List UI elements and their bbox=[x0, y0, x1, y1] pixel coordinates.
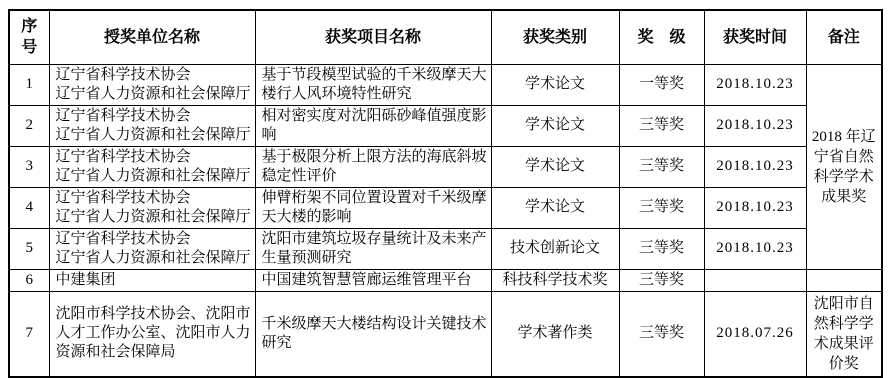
level-cell: 一等奖 bbox=[619, 64, 704, 105]
row-number-cell: 1 bbox=[9, 64, 49, 105]
level-cell: 三等奖 bbox=[619, 146, 704, 187]
row-number-cell: 6 bbox=[9, 269, 49, 291]
table-row: 3 辽宁省科学技术协会 辽宁省人力资源和社会保障厅 基于极限分析上限方法的海底斜… bbox=[9, 146, 882, 187]
project-cell: 相对密实度对沈阳砾砂峰值强度影响 bbox=[255, 105, 491, 146]
date-cell: 2018.10.23 bbox=[704, 146, 806, 187]
awards-table: 序号 授奖单位名称 获奖项目名称 获奖类别 奖 级 获奖时间 备注 1 辽宁省科… bbox=[8, 9, 883, 378]
unit-cell: 辽宁省科学技术协会 辽宁省人力资源和社会保障厅 bbox=[49, 105, 255, 146]
category-cell: 科技科学技术奖 bbox=[491, 269, 619, 291]
project-cell: 基于极限分析上限方法的海底斜坡稳定性评价 bbox=[255, 146, 491, 187]
row-number-cell: 2 bbox=[9, 105, 49, 146]
date-cell bbox=[704, 269, 806, 291]
table-row: 2 辽宁省科学技术协会 辽宁省人力资源和社会保障厅 相对密实度对沈阳砾砂峰值强度… bbox=[9, 105, 882, 146]
date-cell: 2018.10.23 bbox=[704, 64, 806, 105]
header-level: 奖 级 bbox=[619, 10, 704, 64]
table-row: 5 辽宁省科学技术协会 辽宁省人力资源和社会保障厅 沈阳市建筑垃圾存量统计及未来… bbox=[9, 228, 882, 269]
date-cell: 2018.10.23 bbox=[704, 228, 806, 269]
row-number-cell: 5 bbox=[9, 228, 49, 269]
table-row: 4 辽宁省科学技术协会 辽宁省人力资源和社会保障厅 伸臂桁架不同位置设置对千米级… bbox=[9, 187, 882, 228]
header-row: 序号 授奖单位名称 获奖项目名称 获奖类别 奖 级 获奖时间 备注 bbox=[9, 10, 882, 64]
unit-cell: 辽宁省科学技术协会 辽宁省人力资源和社会保障厅 bbox=[49, 187, 255, 228]
category-cell: 学术论文 bbox=[491, 146, 619, 187]
project-cell: 中国建筑智慧管廊运维管理平台 bbox=[255, 269, 491, 291]
page: 序号 授奖单位名称 获奖项目名称 获奖类别 奖 级 获奖时间 备注 1 辽宁省科… bbox=[0, 0, 889, 364]
project-cell: 伸臂桁架不同位置设置对千米级摩天大楼的影响 bbox=[255, 187, 491, 228]
category-cell: 学术论文 bbox=[491, 64, 619, 105]
header-no: 序号 bbox=[9, 10, 49, 64]
level-cell: 三等奖 bbox=[619, 269, 704, 291]
unit-cell: 中建集团 bbox=[49, 269, 255, 291]
table-row: 1 辽宁省科学技术协会 辽宁省人力资源和社会保障厅 基于节段模型试验的千米级摩天… bbox=[9, 64, 882, 105]
date-cell: 2018.10.23 bbox=[704, 105, 806, 146]
project-cell: 基于节段模型试验的千米级摩天大楼行人风环境特性研究 bbox=[255, 64, 491, 105]
row-number-cell: 4 bbox=[9, 187, 49, 228]
header-unit: 授奖单位名称 bbox=[49, 10, 255, 64]
header-note: 备注 bbox=[806, 10, 882, 64]
merged-note-cell: 2018 年辽宁省自然科学学术成果奖 bbox=[806, 64, 882, 269]
date-cell: 2018.10.23 bbox=[704, 187, 806, 228]
row-number-cell: 3 bbox=[9, 146, 49, 187]
level-cell: 三等奖 bbox=[619, 105, 704, 146]
note-cell bbox=[806, 269, 882, 291]
unit-cell: 辽宁省科学技术协会 辽宁省人力资源和社会保障厅 bbox=[49, 64, 255, 105]
header-project: 获奖项目名称 bbox=[255, 10, 491, 64]
project-cell: 沈阳市建筑垃圾存量统计及未来产生量预测研究 bbox=[255, 228, 491, 269]
level-cell: 三等奖 bbox=[619, 228, 704, 269]
level-cell: 三等奖 bbox=[619, 187, 704, 228]
header-category: 获奖类别 bbox=[491, 10, 619, 64]
category-cell: 学术论文 bbox=[491, 105, 619, 146]
unit-cell: 辽宁省科学技术协会 辽宁省人力资源和社会保障厅 bbox=[49, 228, 255, 269]
table-row: 6 中建集团 中国建筑智慧管廊运维管理平台 科技科学技术奖 三等奖 bbox=[9, 269, 882, 291]
header-date: 获奖时间 bbox=[704, 10, 806, 64]
unit-cell: 辽宁省科学技术协会 辽宁省人力资源和社会保障厅 bbox=[49, 146, 255, 187]
category-cell: 学术论文 bbox=[491, 187, 619, 228]
category-cell: 技术创新论文 bbox=[491, 228, 619, 269]
